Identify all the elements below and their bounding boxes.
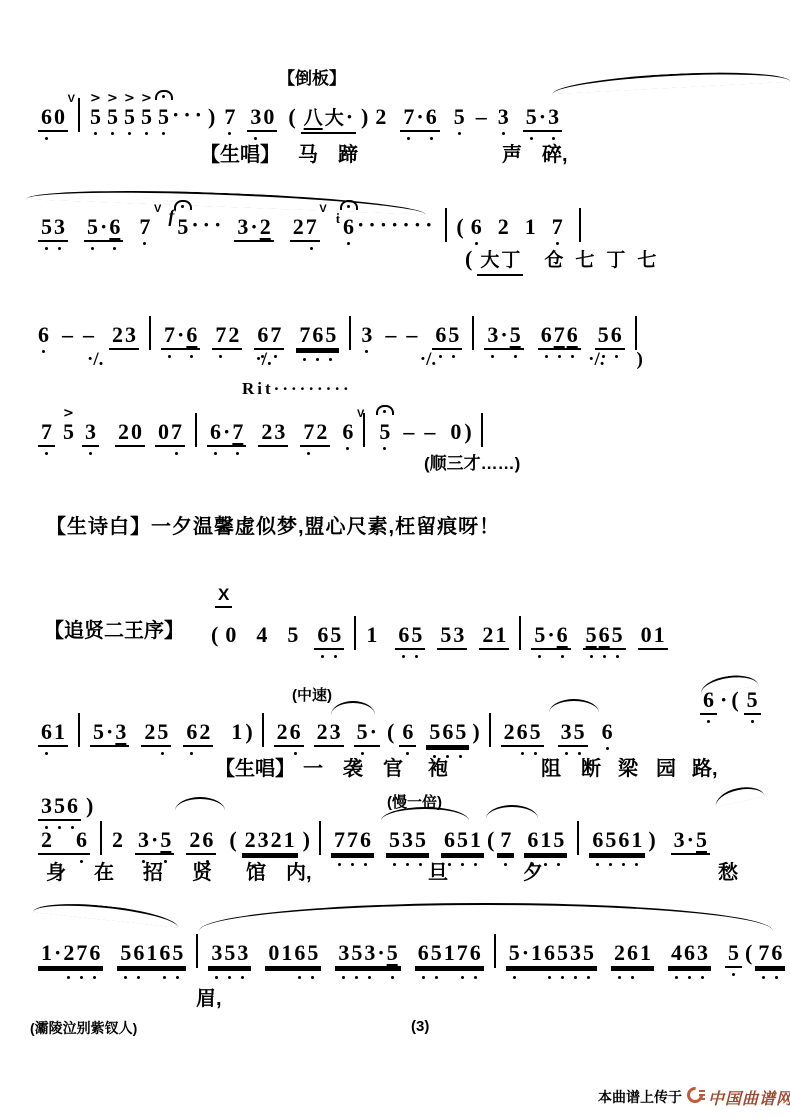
dot-separator: ·: [369, 721, 378, 743]
note: 0: [157, 421, 170, 443]
note: 7: [757, 942, 770, 964]
note: 5: [53, 795, 66, 817]
note: 3: [257, 829, 270, 851]
note: 丁: [500, 245, 521, 272]
note: 七: [574, 245, 595, 272]
music-text: –: [61, 324, 74, 346]
beam-group: 62: [183, 720, 213, 747]
music-line-2: 535·67Vf5···3·227Vṫ6·······(6217: [36, 206, 589, 242]
spacer: [379, 641, 393, 642]
octave-dot-below: [618, 976, 621, 979]
spacer: [415, 438, 423, 439]
percussion-syllables-line: (大丁仓七丁七: [464, 244, 657, 276]
beam-group: 353·5: [335, 941, 400, 968]
spacer: [442, 123, 452, 124]
barline: [349, 316, 351, 350]
spacer: [104, 364, 254, 365]
note: 1: [53, 721, 66, 743]
note: 5: [414, 829, 427, 851]
spacer: [279, 123, 287, 124]
beam-group: 56165: [117, 941, 186, 968]
note: 3: [114, 721, 127, 743]
lyric-syllable: 【生唱】: [200, 138, 280, 167]
music-text: (: [287, 106, 296, 128]
note: 5>: [61, 421, 76, 443]
beam-group: 565: [583, 623, 626, 650]
beam-group: 5·6: [84, 215, 123, 242]
note: 5: [388, 829, 401, 851]
spacer: [437, 364, 587, 365]
spacer: [74, 341, 82, 342]
beam-group: 463: [668, 941, 711, 968]
music-text: ·/.: [254, 349, 272, 371]
slur: [199, 903, 773, 931]
beam-group: 1·276: [38, 941, 103, 968]
accent-mark: >: [124, 91, 135, 106]
music-text: ···: [171, 104, 207, 126]
spacer: [322, 233, 336, 234]
note: 2: [143, 721, 156, 743]
note: 6: [469, 942, 482, 964]
spacer: [656, 959, 666, 960]
recitative-text: 【生诗白】一夕温馨虚似梦,盟心尺素,枉留痕呀！: [46, 510, 500, 539]
note: 5: [439, 624, 452, 646]
note: 5: [86, 216, 99, 238]
spacer: [215, 738, 229, 739]
fermata-mark: [155, 90, 173, 100]
note: 3: [137, 829, 150, 851]
note: 七: [636, 245, 657, 272]
note: 1: [443, 942, 456, 964]
beam-group: 261: [611, 941, 654, 968]
beam-group: 3·5: [671, 828, 710, 855]
note: 5: [552, 829, 565, 851]
octave-dot-below: [124, 976, 127, 979]
lyric-syllable: 袭: [343, 752, 363, 781]
spacer: [484, 233, 496, 234]
dot-separator: ·: [53, 942, 62, 964]
octave-dot-below: [406, 863, 409, 866]
beam-group: 356: [38, 794, 81, 821]
spacer: [286, 341, 294, 342]
lyric-syllable: 【生唱】: [215, 752, 295, 781]
note: 3: [329, 721, 342, 743]
music-text: ·/.: [587, 349, 605, 371]
dot-separator: ·: [222, 421, 231, 443]
spacer: [218, 846, 228, 847]
spacer: [395, 738, 397, 739]
spacer: [306, 738, 312, 739]
accent-mark: >: [90, 91, 101, 106]
dot-separator: ·: [105, 721, 114, 743]
note: 0: [262, 106, 275, 128]
barline: [149, 316, 151, 350]
beam-group: 25: [141, 720, 171, 747]
barline: [472, 316, 474, 350]
octave-dot-below: [587, 976, 590, 979]
note: 1: [523, 216, 538, 238]
note: 7: [333, 829, 346, 851]
octave-dot-below: [391, 976, 394, 979]
note: 3: [53, 216, 66, 238]
spacer: [590, 738, 600, 739]
note: 八: [303, 103, 324, 130]
spacer: [511, 123, 521, 124]
octave-dot-below: [603, 655, 606, 658]
note: 1: [494, 624, 507, 646]
spacer: [101, 438, 113, 439]
spacer: [323, 959, 333, 960]
spacer: [125, 233, 137, 234]
octave-dot-below: [351, 863, 354, 866]
barline: [494, 934, 496, 968]
music-text: –: [402, 421, 415, 443]
note: 5: [509, 324, 522, 346]
music-text: (: [744, 942, 753, 964]
beam-group: 615: [524, 828, 567, 855]
beam-group: 353: [208, 941, 251, 968]
spacer: [147, 438, 153, 439]
beam-group: 76: [755, 941, 785, 968]
note: 2: [260, 421, 273, 443]
note: 5: [447, 324, 460, 346]
octave-dot-below: [430, 137, 433, 140]
octave-dot-below: [631, 976, 634, 979]
music-line-7: 2623·526(2321)776535651(76156561)3·5: [36, 821, 712, 855]
music-line-8: 1·276561653530165353·5651765·16535261463…: [36, 934, 790, 968]
note: 5: [324, 324, 337, 346]
note: 6: [425, 106, 438, 128]
music-text: ): [647, 829, 656, 851]
octave-dot-below: [45, 247, 48, 250]
octave-dot-below: [128, 132, 131, 135]
note: 1: [283, 829, 296, 851]
grace-note: ṫ: [336, 211, 340, 227]
slur: [175, 797, 225, 811]
music-text: ): [85, 795, 94, 817]
note: 6: [617, 829, 630, 851]
octave-dot-below: [574, 976, 577, 979]
octave-dot-below: [548, 976, 551, 979]
spacer: [473, 265, 475, 266]
beam-group: 5·3: [90, 720, 129, 747]
beam-group: 651: [441, 828, 484, 855]
octave-dot-below: [311, 976, 314, 979]
music-text: (: [228, 829, 237, 851]
note: 1: [653, 624, 666, 646]
note: 3: [452, 624, 465, 646]
note: 7: [170, 421, 183, 443]
beam-group: 53: [437, 623, 467, 650]
note: 1: [145, 942, 158, 964]
beam-group: 21: [479, 623, 509, 650]
octave-dot-below: [45, 137, 48, 140]
octave-dot-below: [145, 132, 148, 135]
music-text: (: [486, 829, 495, 851]
slur: [549, 699, 599, 713]
note: 5>: [88, 106, 103, 128]
octave-dot-below: [113, 247, 116, 250]
fermata-mark: [376, 405, 394, 415]
spacer: [546, 738, 556, 739]
note: 4: [670, 942, 683, 964]
note: 5: [611, 624, 624, 646]
music-text: –: [475, 106, 488, 128]
note: 0V: [53, 106, 66, 128]
note: 5: [356, 721, 369, 743]
note: 2: [110, 829, 125, 851]
breath-mark: V: [154, 203, 161, 215]
spacer: [418, 341, 430, 342]
spacer: [595, 265, 605, 266]
octave-dot-below: [91, 247, 94, 250]
note: 3: [40, 795, 53, 817]
lyric-syllable: 袍: [428, 752, 448, 781]
octave-dot-below: [461, 976, 464, 979]
note: 5: [746, 689, 759, 711]
music-text: (: [210, 624, 219, 646]
note: 6: [66, 795, 79, 817]
barline: [354, 616, 356, 650]
note: 6: [556, 624, 569, 646]
octave-dot-below: [162, 132, 165, 135]
note: 5: [285, 624, 300, 646]
octave-dot-below: [561, 976, 564, 979]
note: 5: [533, 624, 546, 646]
beam-group: 6561: [589, 828, 645, 855]
beam-group: 5: [725, 941, 742, 968]
music-line-3: 6––237·672677653––653·567656: [36, 316, 645, 350]
music-text: –: [384, 324, 397, 346]
note: 6: [158, 942, 171, 964]
note: 6: [36, 324, 51, 346]
note: 7: [402, 106, 415, 128]
beam-group: 53: [38, 215, 68, 242]
spacer: [244, 341, 252, 342]
note: 2: [227, 324, 240, 346]
octave-dot-below: [45, 752, 48, 755]
barline: [195, 413, 197, 447]
octave-dot-below: [143, 242, 146, 245]
octave-dot-below: [701, 976, 704, 979]
dot-separator: ·: [686, 829, 695, 851]
note: 5: [556, 942, 569, 964]
note: 7: [214, 324, 227, 346]
beam-group: 565: [426, 720, 469, 747]
lyric-syllable: 在: [94, 856, 114, 885]
note: 3: [210, 942, 223, 964]
note: 3: [124, 324, 137, 346]
note: 7: [346, 829, 359, 851]
note: 5: [582, 942, 595, 964]
note: 5: [171, 942, 184, 964]
dot-separator: ·: [99, 216, 108, 238]
lyric-syllable: 贤: [192, 856, 212, 885]
dot-separator: ·: [499, 324, 508, 346]
spacer: [392, 438, 402, 439]
octave-dot-below: [355, 976, 358, 979]
octave-dot-below: [762, 976, 765, 979]
note: 2: [40, 829, 53, 851]
spacer: [511, 233, 523, 234]
spacer: [131, 738, 139, 739]
lyric-syllable: 官: [383, 752, 403, 781]
spacer: [332, 438, 340, 439]
octave-dot-below: [346, 447, 349, 450]
dot-separator: ·: [538, 106, 547, 128]
music-text: (: [464, 248, 473, 270]
octave-dot-below: [80, 976, 83, 979]
note: 大: [479, 245, 500, 272]
note: 7: [298, 324, 311, 346]
beam-group: 67: [254, 323, 284, 350]
octave-dot-below: [190, 752, 193, 755]
note: 6: [441, 721, 454, 743]
spacer: [565, 233, 571, 234]
spacer: [583, 341, 593, 342]
note: 6: [397, 624, 410, 646]
beam-group: 07: [155, 420, 185, 447]
spacer: [516, 846, 522, 847]
note: 5: [386, 942, 399, 964]
spacer: [564, 265, 574, 266]
note: 3: [249, 106, 262, 128]
lyric-syllable: 断: [581, 752, 601, 781]
barline: [78, 713, 80, 747]
lyric-syllable: 声: [502, 138, 522, 167]
octave-dot-below: [228, 976, 231, 979]
beam-group: 01: [638, 623, 668, 650]
note: 2: [276, 721, 289, 743]
note: 6: [566, 324, 579, 346]
beam-group: 5: [744, 688, 761, 715]
music-text: (: [455, 216, 464, 238]
octave-dot-below: [775, 976, 778, 979]
spacer: [526, 341, 536, 342]
beam-group: 61: [38, 720, 68, 747]
music-text: ·/.: [419, 349, 437, 371]
octave-dot-below: [406, 752, 409, 755]
note: 6: [40, 106, 53, 128]
note: 6: [526, 829, 539, 851]
spacer: [606, 364, 636, 365]
note: 7: [163, 324, 176, 346]
octave-dot-below: [732, 973, 735, 976]
beam-group: 5·3: [523, 105, 562, 132]
octave-dot-below: [521, 752, 524, 755]
octave-dot-below: [298, 976, 301, 979]
note: 7: [499, 829, 512, 851]
note: 6: [293, 942, 306, 964]
spacer: [657, 846, 669, 847]
note: 3: [363, 942, 376, 964]
octave-dot-below: [458, 132, 461, 135]
octave-dot-below: [164, 860, 167, 863]
note: 5: [306, 942, 319, 964]
spacer: [403, 959, 413, 960]
octave-dot-below: [236, 452, 239, 455]
spacer: [418, 738, 424, 739]
note: 丁: [605, 245, 626, 272]
barline: [319, 821, 321, 855]
lyric-syllable: 身: [46, 856, 66, 885]
note: 6: [40, 721, 53, 743]
note: 6: [185, 324, 198, 346]
note: 6: [610, 324, 623, 346]
lyric-syllable: 招: [143, 856, 163, 885]
spacer: [238, 641, 254, 642]
note: 2: [111, 324, 124, 346]
percussion-x-mark: X: [215, 585, 232, 608]
beam-group: 26: [38, 828, 90, 855]
music-text: ): [360, 106, 369, 128]
note: 0: [223, 624, 238, 646]
site-name: 中国曲谱网: [708, 1086, 790, 1109]
note: 6: [201, 829, 214, 851]
footer-piece-title: (灞陵泣别紫钗人): [30, 1018, 137, 1038]
note: 5: [119, 942, 132, 964]
lyric-syllable: 眉,: [196, 982, 222, 1011]
octave-dot-below: [474, 863, 477, 866]
note: 6: [540, 324, 553, 346]
note: 6: [289, 721, 302, 743]
note: 5: [529, 721, 542, 743]
label-daoban: 【倒板】: [278, 64, 346, 89]
spacer: [525, 265, 543, 266]
octave-dot-below: [688, 976, 691, 979]
lyric-syllable: 碎,: [542, 138, 568, 167]
note: 5: [350, 942, 363, 964]
spacer: [176, 846, 184, 847]
note: 2: [292, 216, 305, 238]
note: 5: [223, 942, 236, 964]
note: 6: [600, 721, 615, 743]
note: 大: [324, 103, 345, 130]
octave-dot-below: [338, 863, 341, 866]
quputwang-logo-icon: [687, 1087, 703, 1103]
note: 6: [256, 324, 269, 346]
octave-dot-below: [544, 863, 547, 866]
note: 6: [341, 216, 356, 238]
beam-group: 72: [300, 420, 330, 447]
spacer: [248, 438, 256, 439]
barline: [445, 208, 447, 242]
beam-group: 30: [247, 105, 277, 132]
note: 2: [259, 216, 272, 238]
lyric-syllable: 夕: [523, 856, 543, 885]
octave-dot-below: [342, 976, 345, 979]
octave-dot-below: [609, 863, 612, 866]
note: 6: [401, 721, 414, 743]
slur: [713, 783, 765, 807]
beam-group: 7: [497, 828, 514, 855]
note: 仓: [543, 245, 564, 272]
spacer: [488, 123, 496, 124]
note: 5: [92, 721, 105, 743]
spacer: [76, 438, 80, 439]
octave-dot-below: [228, 132, 231, 135]
lyric-syllable: 梁: [618, 752, 638, 781]
octave-dot-below: [161, 752, 164, 755]
octave-dot-below: [45, 452, 48, 455]
note: 3: [84, 421, 97, 443]
barline: [78, 98, 80, 132]
spacer: [238, 846, 240, 847]
note: 5: [377, 421, 392, 443]
beam-group: 7·6: [400, 105, 439, 132]
music-text: ): [463, 421, 472, 443]
octave-dot-below: [42, 350, 45, 353]
